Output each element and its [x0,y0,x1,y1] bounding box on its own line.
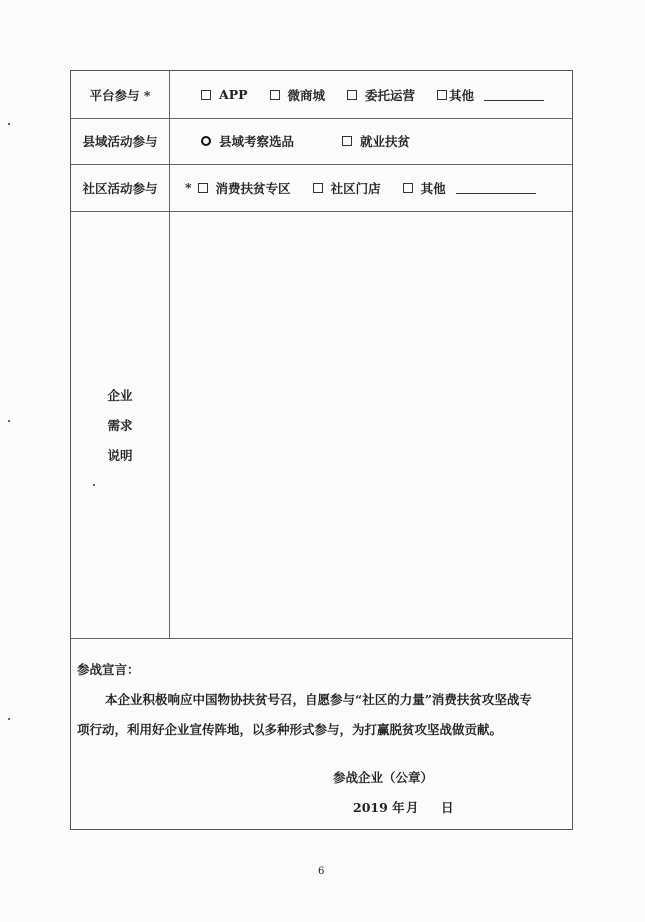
declaration-line-2: 项行动，利用好企业宣传阵地，以多种形式参与，为打赢脱贫攻坚战做贡献。 [77,720,502,738]
scan-speck [93,484,95,486]
option-other[interactable]: 其他 [403,179,536,197]
other-blank-field[interactable] [484,88,544,101]
community-label: 社区活动参与 [71,164,170,211]
option-micro-mall[interactable]: 微商城 [270,86,326,104]
county-row: 县域活动参与 县域考察选品 就业扶贫 [71,118,572,165]
radio-selected-icon[interactable] [201,136,211,146]
option-consumption-zone[interactable]: 消费扶贫专区 [198,179,291,197]
required-mark: * [185,180,192,195]
option-county-selection[interactable]: 县域考察选品 [201,132,294,150]
needs-label: 企业 需求 说明 [71,211,170,638]
date-month: 月 [406,798,419,816]
date-day: 日 [441,798,454,816]
checkbox-icon[interactable] [270,90,280,100]
needs-input-area[interactable] [169,211,572,638]
participation-form-table: 平台参与 * APP 微商城 委托运营 其他 县域活动参与 县域考察选品 就业扶… [70,70,573,830]
county-label: 县域活动参与 [71,118,170,164]
date-year: 2019 年 [353,798,405,816]
platform-label: 平台参与 * [71,71,170,118]
checkbox-icon[interactable] [198,183,208,193]
platform-row: 平台参与 * APP 微商城 委托运营 其他 [71,71,572,119]
page-number: 6 [318,866,324,877]
checkbox-icon[interactable] [403,183,413,193]
declaration-section: 参战宣言： 本企业积极响应中国物协扶贫号召，自愿参与“社区的力量”消费扶贫攻坚战… [71,638,572,829]
option-entrusted-ops[interactable]: 委托运营 [347,86,415,104]
option-employment[interactable]: 就业扶贫 [342,132,410,150]
option-other[interactable]: 其他 [437,86,544,104]
checkbox-icon[interactable] [437,90,447,100]
option-app[interactable]: APP [201,87,248,102]
scan-speck [8,123,10,125]
scan-speck [8,420,10,422]
signature-label: 参战企业（公章） [333,768,433,786]
checkbox-icon[interactable] [342,136,352,146]
checkbox-icon[interactable] [313,183,323,193]
checkbox-icon[interactable] [201,90,211,100]
needs-row: 企业 需求 说明 [71,211,572,639]
declaration-line-1: 本企业积极响应中国物协扶贫号召，自愿参与“社区的力量”消费扶贫攻坚战专 [105,690,532,708]
community-row: 社区活动参与 * 消费扶贫专区 社区门店 其他 [71,164,572,212]
other-blank-field[interactable] [456,181,536,194]
checkbox-icon[interactable] [347,90,357,100]
declaration-title: 参战宣言： [77,660,140,678]
option-community-store[interactable]: 社区门店 [313,179,381,197]
scan-speck [8,718,10,720]
